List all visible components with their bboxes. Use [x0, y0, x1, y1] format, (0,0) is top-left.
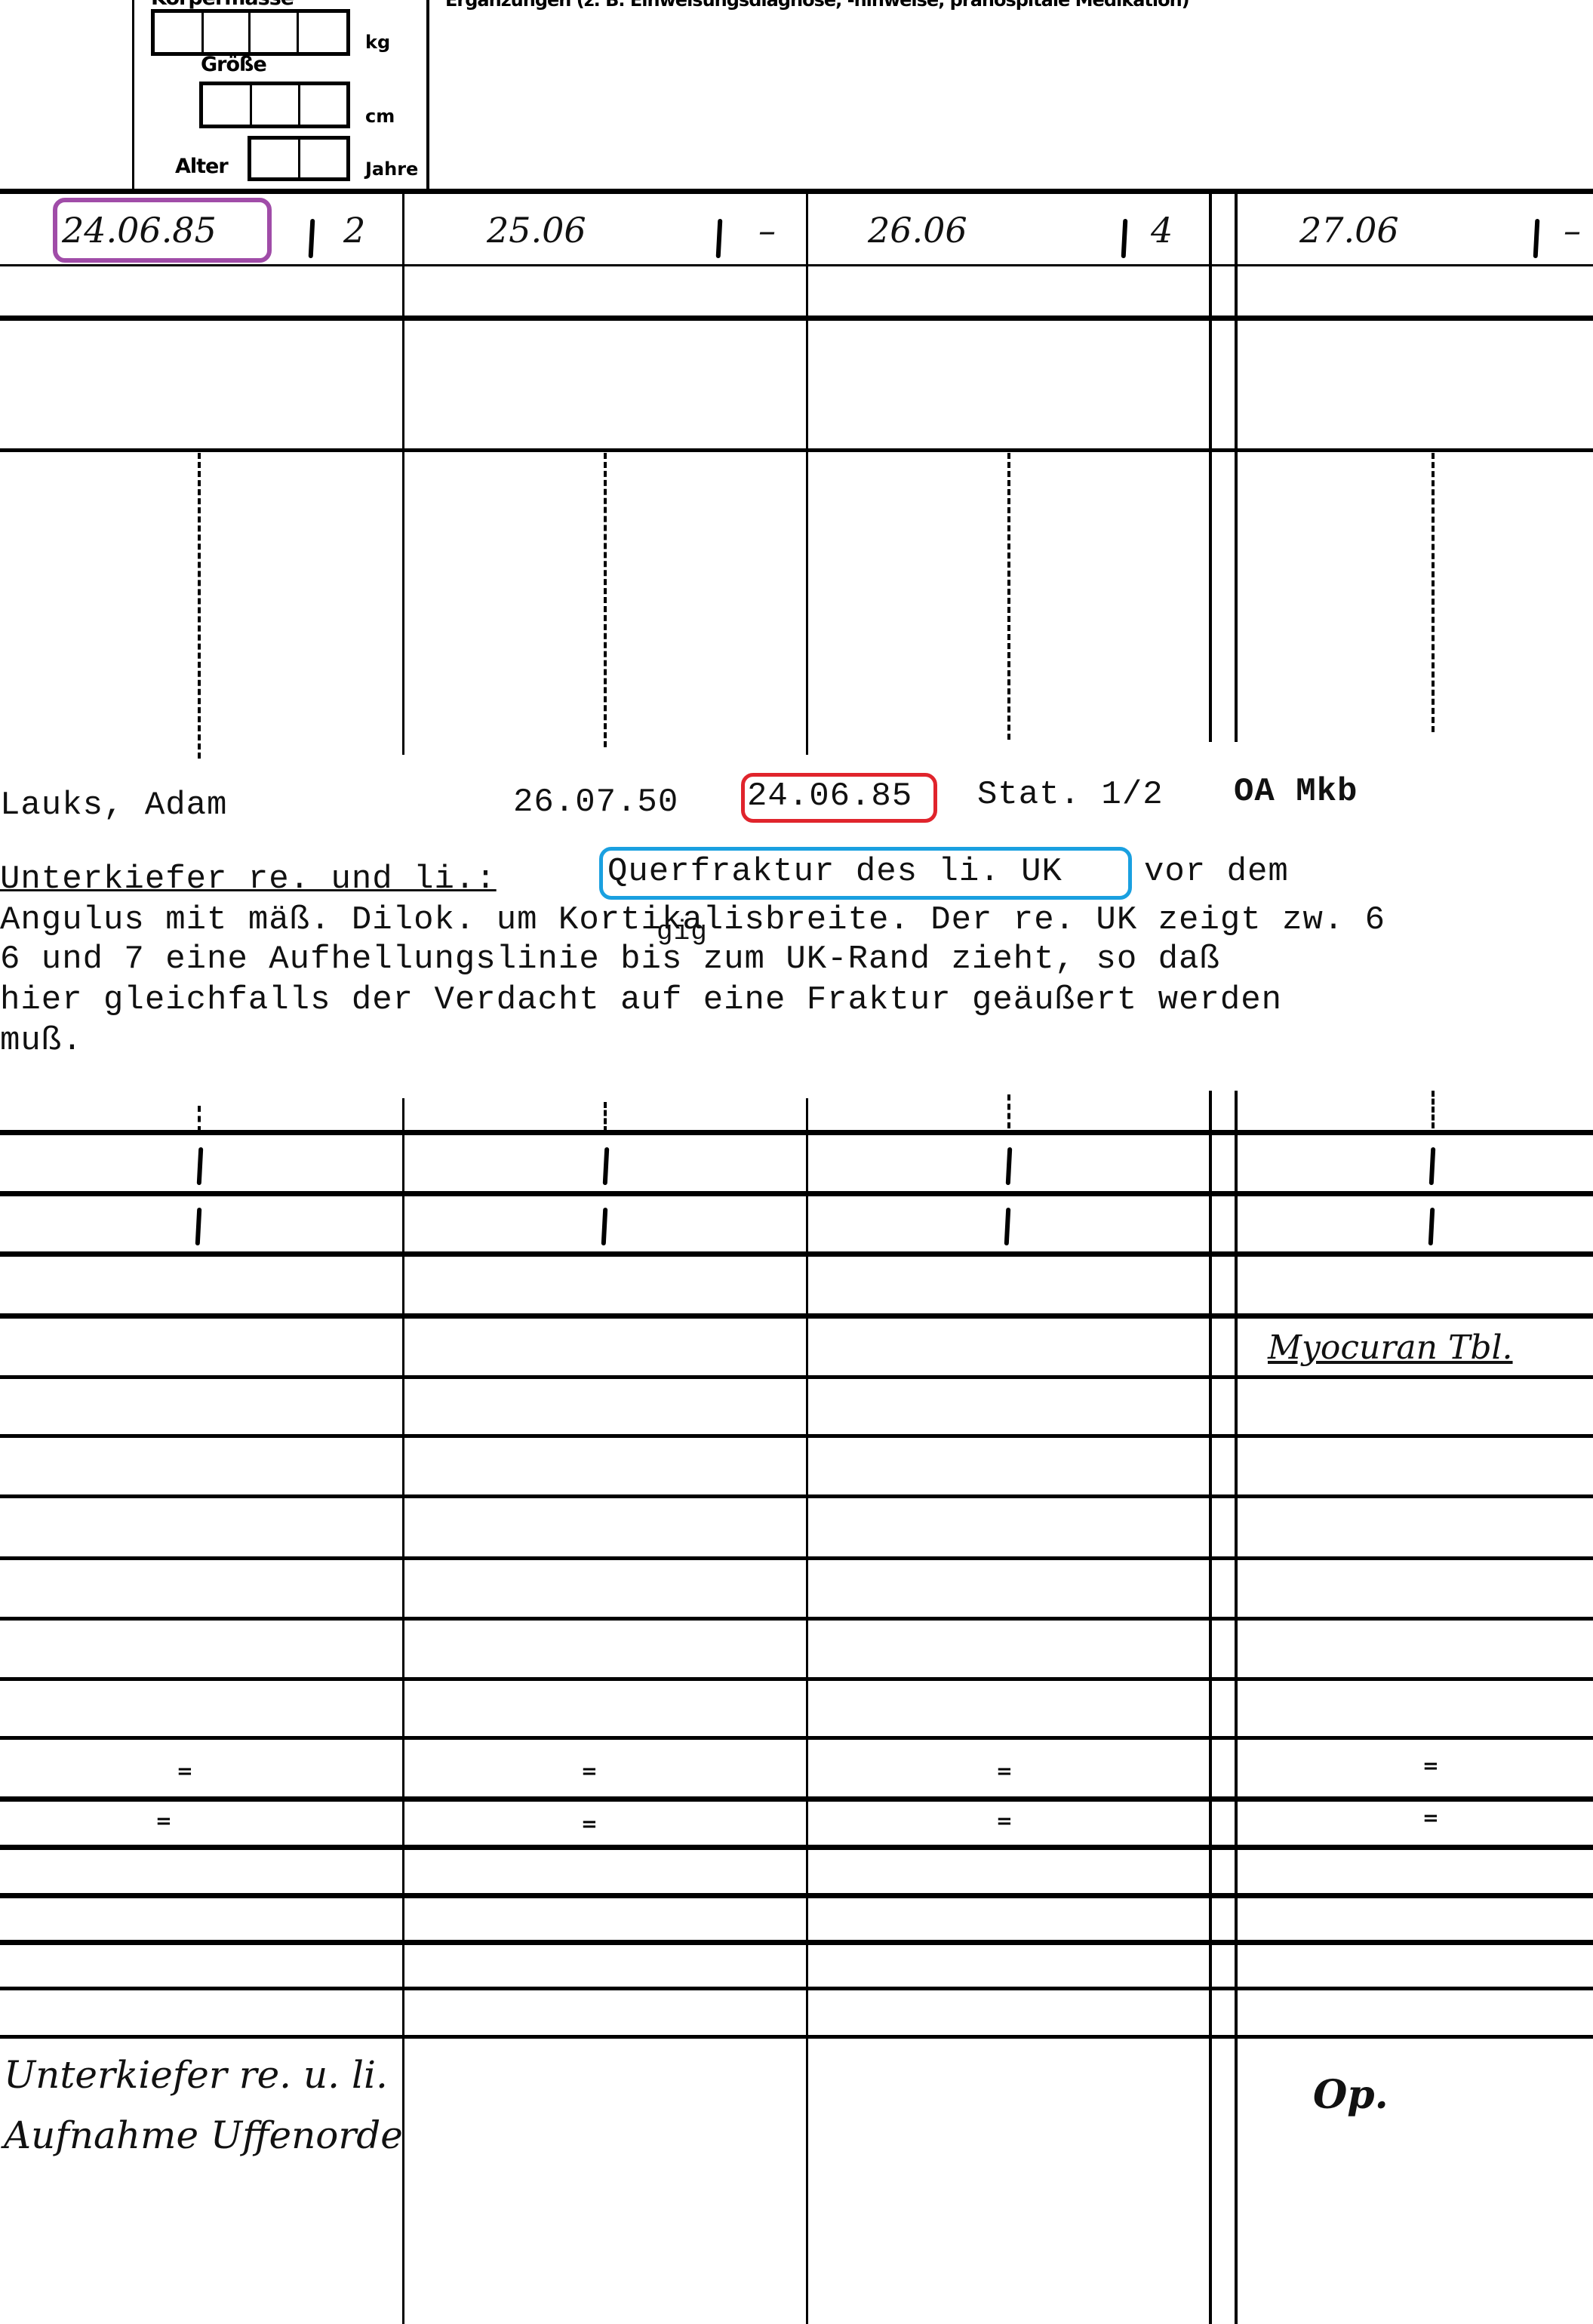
header-left-border — [132, 0, 134, 189]
dashed-stub — [1007, 1094, 1010, 1128]
date-cell: 26.06 — [868, 210, 967, 251]
grid-rule — [0, 1130, 1593, 1135]
ditto-mark: = — [996, 1810, 1013, 1833]
ditto-mark: = — [581, 1813, 598, 1836]
dotted-rule — [0, 448, 1593, 452]
date-cell: 25.06 — [487, 210, 586, 251]
medication-entry: Myocuran Tbl. — [1268, 1328, 1513, 1367]
note-op: Op. — [1313, 2072, 1388, 2118]
age-input-boxes[interactable] — [248, 136, 350, 181]
date-value: – — [1564, 210, 1581, 251]
date-cell: 27.06 — [1299, 210, 1399, 251]
double-divider-right — [1235, 1091, 1238, 2324]
blue-highlight-box — [599, 847, 1132, 900]
height-input-boxes[interactable] — [199, 82, 350, 128]
double-divider-right — [1235, 192, 1238, 742]
dashed-subdivider — [1007, 453, 1010, 740]
date-separator-stroke — [1121, 219, 1128, 258]
tick-mark — [1428, 1208, 1435, 1245]
grid-dotted-rule — [0, 1617, 1593, 1621]
supplement-label: Ergänzungen (z. B. Einweisungsdiagnose, … — [445, 0, 1189, 11]
physician: OA Mkb — [1234, 773, 1358, 811]
station: Stat. 1/2 — [977, 776, 1164, 814]
note-line1: Unterkiefer re. u. li. — [4, 2053, 388, 2097]
report-line3: 6 und 7 eine Aufhellungslinie bis zum UK… — [0, 940, 1220, 978]
grid-dotted-rule — [0, 1677, 1593, 1681]
grid-rule — [0, 1796, 1593, 1802]
dashed-stub — [198, 1106, 201, 1132]
date-value: 2 — [343, 210, 365, 251]
tick-mark — [601, 1208, 608, 1245]
grid-dotted-rule — [0, 1556, 1593, 1560]
ditto-mark: = — [581, 1760, 598, 1783]
col-divider-2 — [806, 192, 808, 755]
tick-mark — [1006, 1147, 1013, 1185]
ditto-mark: = — [1422, 1807, 1439, 1830]
double-divider-left — [1209, 1091, 1212, 2324]
report-line5: muß. — [0, 1022, 83, 1060]
date-value: – — [758, 210, 776, 251]
age-label: Alter — [175, 155, 228, 178]
header-divider — [426, 0, 429, 189]
tick-mark — [195, 1208, 202, 1245]
tick-mark — [1004, 1208, 1011, 1245]
ditto-mark: = — [177, 1760, 193, 1783]
grid-dotted-rule — [0, 2035, 1593, 2039]
grid-dotted-rule — [0, 1494, 1593, 1498]
age-unit: Jahre — [365, 159, 418, 180]
section-rule — [0, 316, 1593, 321]
dashed-stub — [1432, 1091, 1435, 1128]
dashed-stub — [604, 1102, 607, 1132]
col-divider-2 — [806, 1098, 808, 2324]
date-separator-stroke — [309, 219, 315, 258]
date-value: 4 — [1151, 210, 1173, 251]
patient-name: Lauks, Adam — [0, 786, 227, 824]
ditto-mark: = — [1422, 1755, 1439, 1778]
report-line4: hier gleichfalls der Verdacht auf eine F… — [0, 981, 1282, 1019]
purple-highlight-box — [53, 198, 272, 263]
dashed-subdivider — [1432, 453, 1435, 732]
report-line1-rest: vor dem — [1144, 853, 1289, 891]
grid-rule — [0, 1845, 1593, 1850]
grid-rule — [0, 1313, 1593, 1319]
dashed-subdivider — [198, 453, 201, 759]
grid-dotted-rule — [0, 1736, 1593, 1740]
grid-dotted-rule — [0, 1375, 1593, 1379]
mass-unit: kg — [365, 32, 390, 53]
double-divider-left — [1209, 192, 1212, 742]
tick-mark — [1429, 1147, 1436, 1185]
note-line2: Aufnahme Uffenorde — [4, 2113, 403, 2157]
date-separator-stroke — [1533, 219, 1540, 258]
tick-mark — [603, 1147, 610, 1185]
date-separator-stroke — [716, 219, 723, 258]
grid-dotted-rule — [0, 1987, 1593, 1990]
grid-rule — [0, 1251, 1593, 1257]
grid-dotted-rule — [0, 1434, 1593, 1438]
report-heading: Unterkiefer re. und li.: — [0, 860, 497, 898]
tick-mark — [197, 1147, 204, 1185]
red-highlight-box — [741, 773, 937, 823]
birth-date: 26.07.50 — [513, 783, 678, 821]
ditto-mark: = — [155, 1810, 172, 1833]
ditto-mark: = — [996, 1760, 1013, 1783]
top-thick-rule — [0, 189, 1593, 194]
grid-rule — [0, 1893, 1593, 1898]
col-divider-1 — [402, 192, 404, 755]
dashed-subdivider — [604, 453, 607, 747]
grid-rule — [0, 1191, 1593, 1196]
height-unit: cm — [365, 106, 395, 127]
date-row-bottom-rule — [0, 264, 1593, 266]
grid-rule — [0, 1940, 1593, 1945]
height-label: Größe — [201, 53, 266, 76]
mass-input-boxes[interactable] — [151, 9, 350, 56]
